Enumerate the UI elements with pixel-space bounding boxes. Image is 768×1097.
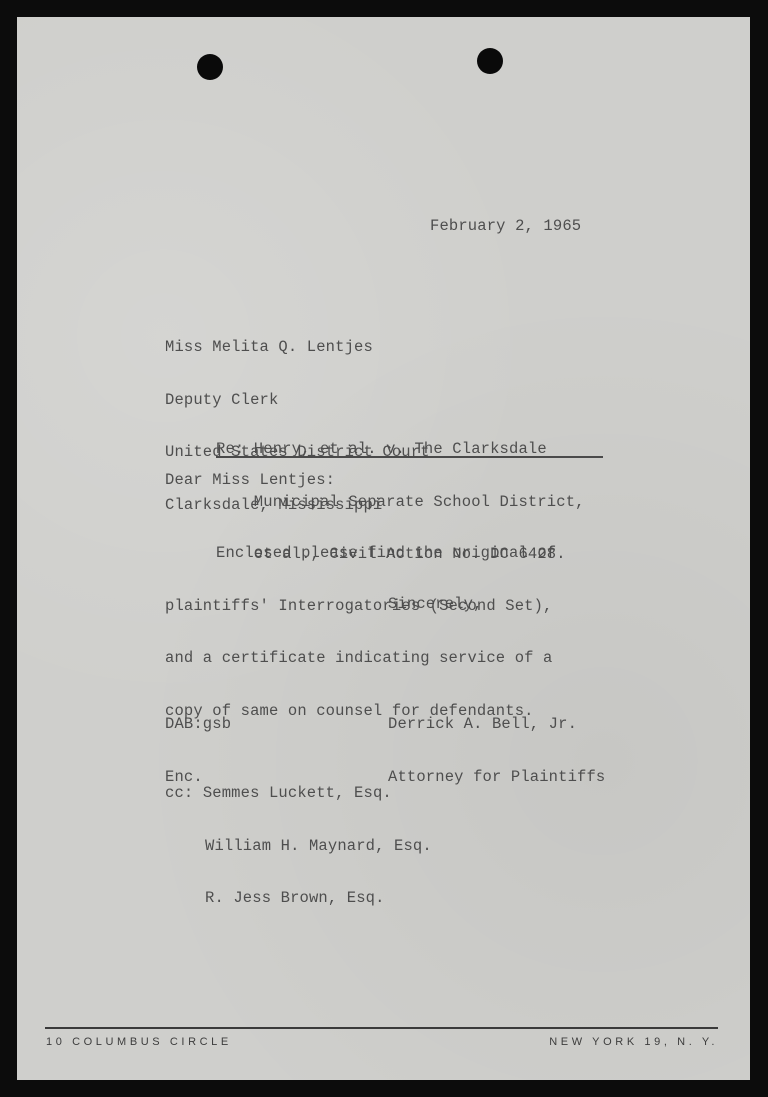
cc-block: cc: Semmes Luckett, Esq. William H. Mayn…	[165, 750, 432, 943]
punch-hole-right	[477, 48, 503, 74]
signer-name: Derrick A. Bell, Jr.	[388, 716, 605, 734]
body-line: and a certificate indicating service of …	[165, 650, 556, 668]
reference-underline	[216, 456, 603, 458]
letter-date: February 2, 1965	[430, 218, 581, 236]
initials-line: DAB:gsb	[165, 716, 231, 734]
body-line: Enclosed please find the original of	[165, 545, 556, 563]
reference-line: Municipal Separate School District,	[216, 494, 585, 512]
body-line: plaintiffs' Interrogatories (Second Set)…	[165, 598, 556, 616]
footer-address-city: NEW YORK 19, N. Y.	[549, 1036, 718, 1048]
punch-hole-left	[197, 54, 223, 80]
footer-address-street: 10 COLUMBUS CIRCLE	[46, 1036, 232, 1048]
letter-page: February 2, 1965 Miss Melita Q. Lentjes …	[17, 17, 750, 1080]
salutation: Dear Miss Lentjes:	[165, 472, 335, 490]
cc-label: cc:	[165, 784, 193, 802]
cc-recipient: William H. Maynard, Esq.	[165, 838, 432, 856]
cc-recipient: Semmes Luckett, Esq.	[203, 784, 392, 802]
recipient-line: Miss Melita Q. Lentjes	[165, 339, 430, 357]
footer-rule	[45, 1027, 718, 1029]
closing: Sincerely,	[388, 596, 483, 614]
cc-recipient: R. Jess Brown, Esq.	[165, 890, 432, 908]
